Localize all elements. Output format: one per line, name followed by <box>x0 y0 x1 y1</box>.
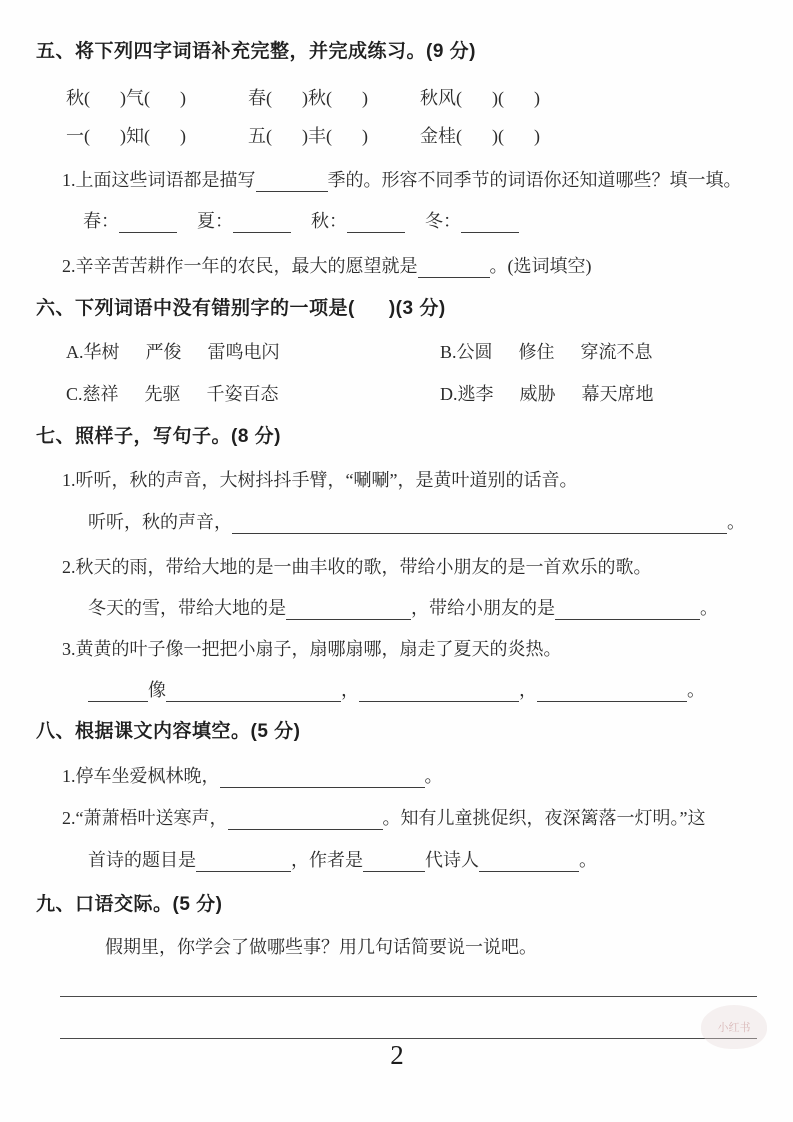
option-a: A.华树严俊雷鸣电闪 <box>66 340 280 364</box>
question-seven-2: 2.秋天的雨，带给大地的是一曲丰收的歌，带给小朋友的是一首欢乐的歌。 <box>62 555 652 579</box>
section-five-title: 五、将下列四字词语补充完整，并完成练习。(9 分) <box>36 40 476 64</box>
word-blank-item: 金桂()() <box>420 124 540 148</box>
question-seven-3-answer: 像，，。 <box>88 678 705 702</box>
word-blank-item: 一()知() <box>66 124 186 148</box>
question-eight-2-line2: 首诗的题目是，作者是代诗人。 <box>88 848 597 872</box>
section-nine-title: 九、口语交际。(5 分) <box>36 893 223 917</box>
question-seven-2-answer: 冬天的雪，带给大地的是，带给小朋友的是。 <box>88 596 718 620</box>
option-c: C.慈祥先驱千姿百态 <box>66 382 279 406</box>
question-seven-1-answer: 听听，秋的声音，。 <box>88 510 745 534</box>
option-row-cd: C.慈祥先驱千姿百态 D.逃李威胁幕天席地 <box>66 382 766 408</box>
section-seven-title: 七、照样子，写句子。(8 分) <box>36 425 281 449</box>
worksheet-page: 五、将下列四字词语补充完整，并完成练习。(9 分) 秋()气() 春()秋() … <box>0 0 793 1122</box>
question-five-1: 1.上面这些词语都是描写季的。形容不同季节的词语你还知道哪些？填一填。 <box>62 168 742 192</box>
question-seven-3: 3.黄黄的叶子像一把把小扇子，扇哪扇哪，扇走了夏天的炎热。 <box>62 637 562 661</box>
word-blank-item: 秋风()() <box>420 86 540 110</box>
answer-line <box>60 996 757 997</box>
page-number: 2 <box>382 1040 412 1071</box>
answer-line <box>60 1038 757 1039</box>
question-seven-1: 1.听听，秋的声音，大树抖抖手臂，“唰唰”，是黄叶道别的话音。 <box>62 468 577 492</box>
option-row-ab: A.华树严俊雷鸣电闪 B.公圆修住穿流不息 <box>66 340 766 366</box>
xiaohongshu-watermark: 小红书 <box>701 1005 767 1049</box>
word-grid-row-1: 秋()气() 春()秋() 秋风()() <box>66 86 766 112</box>
option-b: B.公圆修住穿流不息 <box>440 340 653 364</box>
word-grid-row-2: 一()知() 五()丰() 金桂()() <box>66 124 766 150</box>
question-nine-prompt: 假期里，你学会了做哪些事？用几句话简要说一说吧。 <box>105 935 537 959</box>
word-blank-item: 秋()气() <box>66 86 186 110</box>
word-blank-item: 五()丰() <box>248 124 368 148</box>
word-blank-item: 春()秋() <box>248 86 368 110</box>
question-eight-2-line1: 2.“萧萧梧叶送寒声，。知有儿童挑促织，夜深篱落一灯明。”这 <box>62 806 706 830</box>
question-five-2: 2.辛辛苦苦耕作一年的农民，最大的愿望就是。(选词填空) <box>62 254 592 278</box>
section-six-title: 六、下列词语中没有错别字的一项是()(3 分) <box>36 297 446 321</box>
question-five-1-fill: 春：夏：秋：冬： <box>83 209 519 233</box>
question-eight-1: 1.停车坐爱枫林晚，。 <box>62 764 443 788</box>
section-eight-title: 八、根据课文内容填空。(5 分) <box>36 720 301 744</box>
option-d: D.逃李威胁幕天席地 <box>440 382 654 406</box>
